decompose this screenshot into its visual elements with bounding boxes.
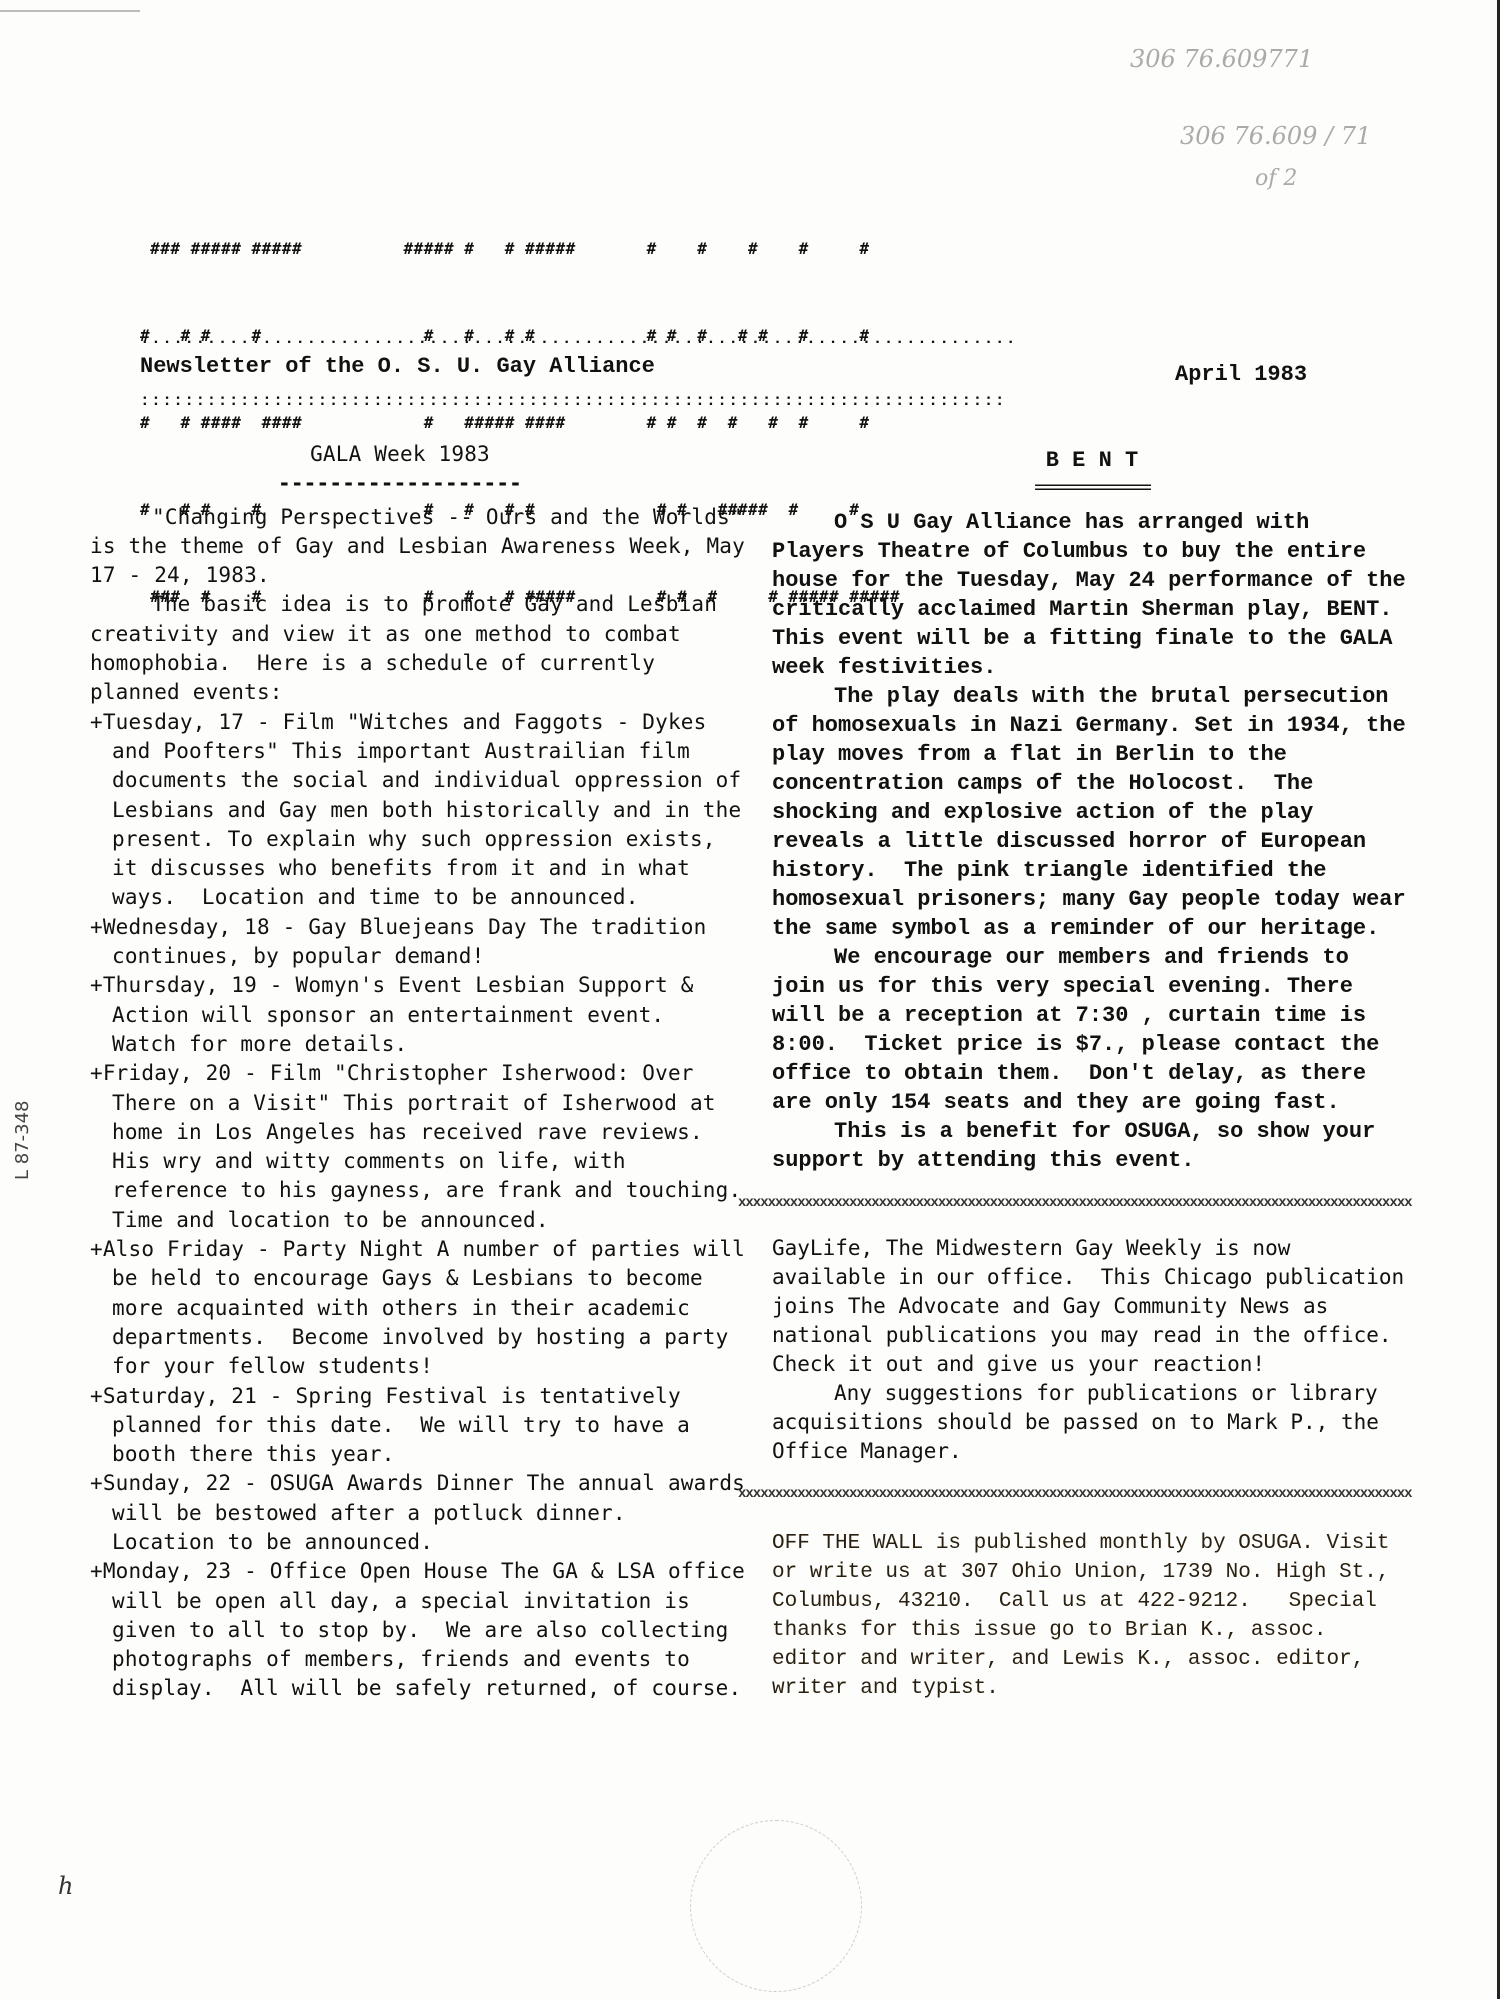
colophon: OFF THE WALL is published monthly by OSU… [772,1529,1412,1703]
library-stamp [690,1820,862,1992]
dotted-rule-bottom: ::::::::::::::::::::::::::::::::::::::::… [140,392,1360,410]
bent-paragraph: O S U Gay Alliance has arranged with Pla… [772,508,1412,682]
event-item: +Sunday, 22 - OSUGA Awards Dinner The an… [90,1469,750,1557]
bent-paragraph: The play deals with the brutal persecuti… [772,682,1412,943]
handwritten-page-count: of 2 [1255,166,1297,191]
margin-catalog-note: L 87-348 [12,1100,33,1180]
event-item: +Also Friday - Party Night A number of p… [90,1235,750,1381]
issue-date: April 1983 [1175,362,1307,387]
bent-heading-rule: ================== [772,475,1412,504]
section-separator: xxxxxxxxxxxxxxxxxxxxxxxxxxxxxxxxxxxxxxxx… [738,1480,1438,1509]
dotted-rule-top: ........................................… [140,330,1360,348]
gala-intro-paragraph: The basic idea is to promote Gay and Les… [90,590,750,707]
gala-week-heading-rule: ------------------- [240,469,560,498]
event-title: +Also Friday - Party Night [90,1237,424,1261]
section-separator: xxxxxxxxxxxxxxxxxxxxxxxxxxxxxxxxxxxxxxxx… [738,1189,1438,1218]
gaylife-paragraph: Any suggestions for publications or libr… [772,1379,1412,1466]
event-title: +Saturday, 21 - Spring Festival [90,1384,488,1408]
masthead-line: # # #### #### # ##### #### # # # # # # # [140,408,900,437]
gala-week-article: GALA Week 1983 ------------------- "Chan… [90,440,750,1704]
scan-edge-mark [0,10,140,12]
bent-paragraph: This is a benefit for OSUGA, so show you… [772,1117,1412,1175]
right-column: B E N T ================== O S U Gay All… [772,446,1412,1703]
event-description: This important Austrailian film document… [112,739,754,909]
handwritten-catalog-number: 306 76.609771 [1130,45,1313,73]
newsletter-subtitle: Newsletter of the O. S. U. Gay Alliance [140,354,655,379]
bent-heading: B E N T [772,446,1412,475]
event-item: +Monday, 23 - Office Open House The GA &… [90,1557,750,1703]
event-title: +Sunday, 22 - OSUGA Awards Dinner [90,1471,514,1495]
event-title: +Thursday, 19 - Womyn's Event [90,973,462,997]
masthead-line: ### ##### ##### ##### # # ##### # # # # … [140,234,900,263]
gaylife-paragraph: GayLife, The Midwestern Gay Weekly is no… [772,1234,1412,1379]
gala-intro-paragraph: "Changing Perspectives -- Ours and the W… [90,503,750,591]
handwritten-catalog-number-2: 306 76.609 / 71 [1180,122,1371,150]
bottom-handwritten-mark: h [58,1872,73,1900]
bent-paragraph: We encourage our members and friends to … [772,943,1412,1117]
event-title: +Wednesday, 18 - Gay Bluejeans Day [90,915,527,939]
gala-week-heading: GALA Week 1983 [240,440,560,469]
event-item: +Thursday, 19 - Womyn's Event Lesbian Su… [90,971,750,1059]
event-item: +Saturday, 21 - Spring Festival is tenta… [90,1382,750,1470]
events-list: +Tuesday, 17 - Film "Witches and Faggots… [90,708,750,1704]
event-title: +Monday, 23 - Office Open House [90,1559,488,1583]
event-item: +Wednesday, 18 - Gay Bluejeans Day The t… [90,913,750,972]
event-item: +Tuesday, 17 - Film "Witches and Faggots… [90,708,750,913]
event-item: +Friday, 20 - Film "Christopher Isherwoo… [90,1059,750,1235]
